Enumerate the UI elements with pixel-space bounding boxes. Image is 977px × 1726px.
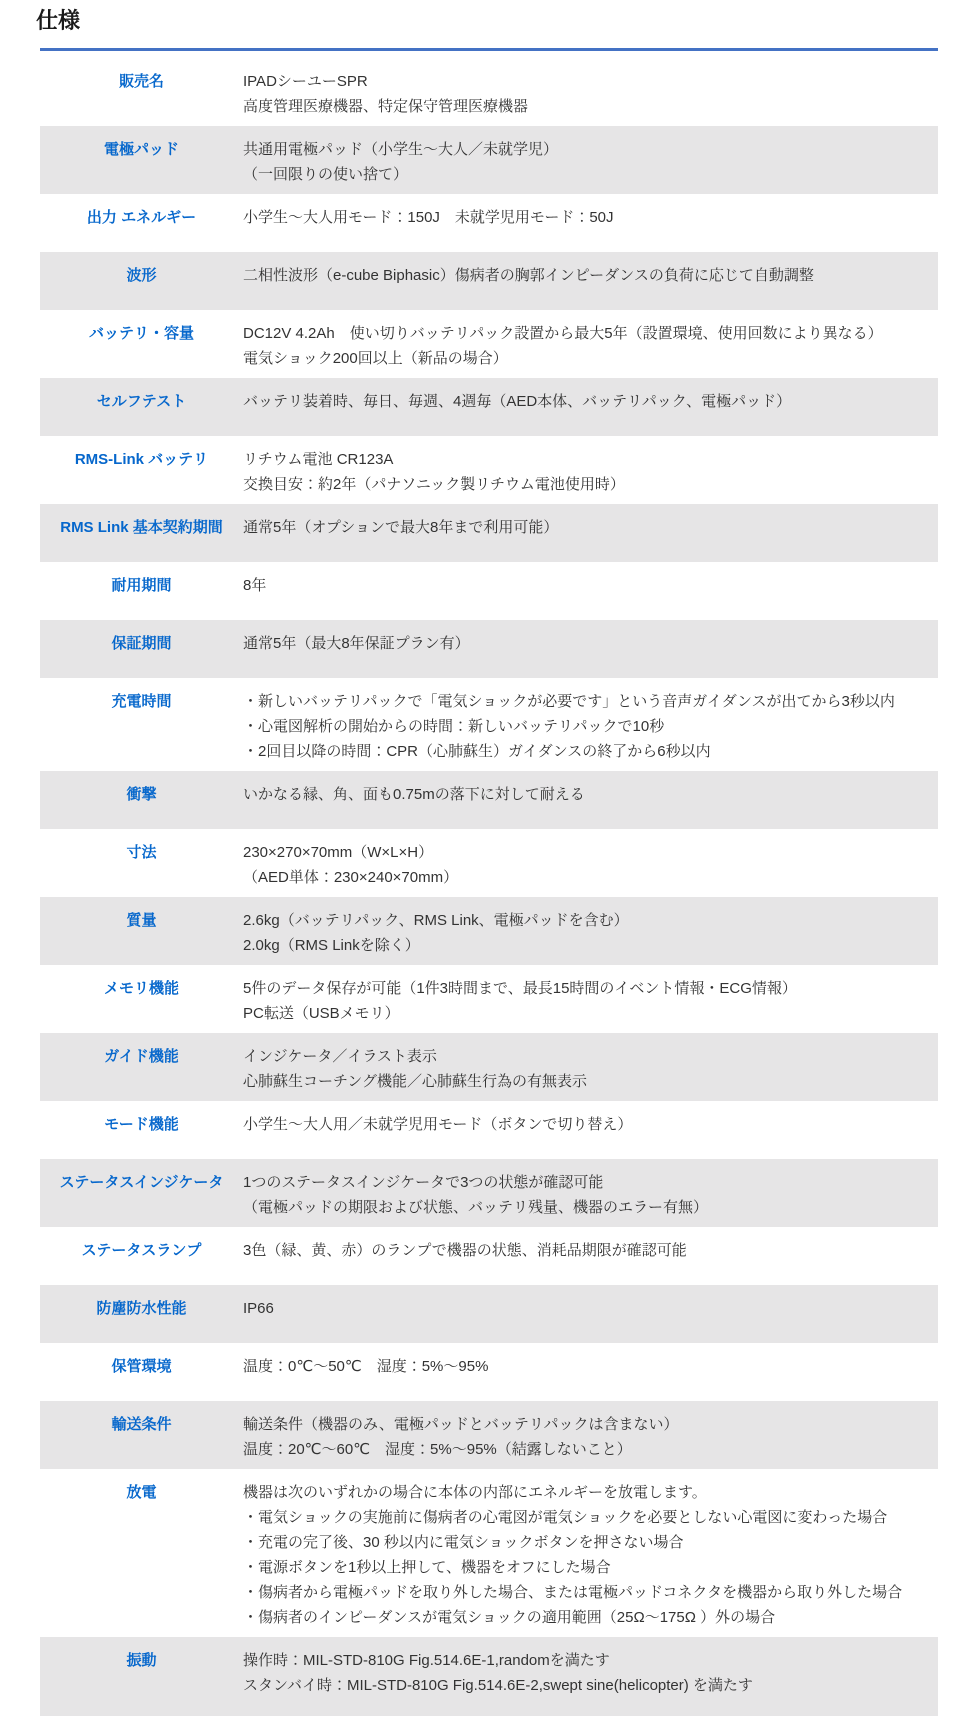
spec-label: 保証期間 <box>40 624 243 656</box>
spec-row: ステータスインジケータ 1つのステータスインジケータで3つの状態が確認可能（電極… <box>40 1159 938 1227</box>
spec-label: 振動 <box>40 1641 243 1673</box>
spec-value: 小学生～大人用モード：150J 未就学児用モード：50J <box>243 198 938 233</box>
spec-value-line: （一回限りの使い捨て） <box>243 162 930 187</box>
spec-value-line: IP66 <box>243 1296 930 1321</box>
spec-row: 保管環境 温度：0℃～50℃ 湿度：5%～95% <box>40 1343 938 1401</box>
spec-value-line: 5件のデータ保存が可能（1件3時間まで、最長15時間のイベント情報・ECG情報） <box>243 976 930 1001</box>
spec-label: ステータスランプ <box>40 1231 243 1263</box>
spec-value-line: バッテリ装着時、毎日、毎週、4週毎（AED本体、バッテリパック、電極パッド） <box>243 389 930 414</box>
spec-label: 輸送条件 <box>40 1405 243 1437</box>
spec-value: ・新しいバッテリパックで「電気ショックが必要です」という音声ガイダンスが出てから… <box>243 682 938 767</box>
spec-value-line: ・心電図解析の開始からの時間：新しいバッテリパックで10秒 <box>243 714 930 739</box>
spec-value-line: 二相性波形（e-cube Biphasic）傷病者の胸郭インピーダンスの負荷に応… <box>243 263 930 288</box>
spec-value-line: いかなる縁、角、面も0.75mの落下に対して耐える <box>243 782 930 807</box>
spec-value: 機器は次のいずれかの場合に本体の内部にエネルギーを放電します。・電気ショックの実… <box>243 1473 938 1633</box>
spec-value: 3色（緑、黄、赤）のランプで機器の状態、消耗品期限が確認可能 <box>243 1231 938 1266</box>
spec-row: 波形 二相性波形（e-cube Biphasic）傷病者の胸郭インピーダンスの負… <box>40 252 938 310</box>
spec-value-line: リチウム電池 CR123A <box>243 447 930 472</box>
spec-value: いかなる縁、角、面も0.75mの落下に対して耐える <box>243 775 938 810</box>
spec-row: 耐用期間 8年 <box>40 562 938 620</box>
spec-label: メモリ機能 <box>40 969 243 1001</box>
spec-label: 保管環境 <box>40 1347 243 1379</box>
spec-label: 充電時間 <box>40 682 243 714</box>
spec-row: メモリ機能 5件のデータ保存が可能（1件3時間まで、最長15時間のイベント情報・… <box>40 965 938 1033</box>
spec-label: RMS-Link バッテリ <box>40 440 243 472</box>
spec-value-line: 心肺蘇生コーチング機能／心肺蘇生行為の有無表示 <box>243 1069 930 1094</box>
spec-value: 輸送条件（機器のみ、電極パッドとバッテリパックは含まない）温度：20℃～60℃ … <box>243 1405 938 1465</box>
spec-value: 通常5年（オプションで最大8年まで利用可能） <box>243 508 938 543</box>
spec-label: 放電 <box>40 1473 243 1505</box>
spec-value: 温度：0℃～50℃ 湿度：5%～95% <box>243 1347 938 1382</box>
spec-label: RMS Link 基本契約期間 <box>40 508 243 540</box>
spec-value-line: 小学生～大人用モード：150J 未就学児用モード：50J <box>243 205 930 230</box>
spec-value-line: 温度：20℃～60℃ 湿度：5%～95%（結露しないこと） <box>243 1437 930 1462</box>
spec-value: インジケータ／イラスト表示心肺蘇生コーチング機能／心肺蘇生行為の有無表示 <box>243 1037 938 1097</box>
spec-value-line: 8年 <box>243 573 930 598</box>
spec-label: 寸法 <box>40 833 243 865</box>
spec-value-line: DC12V 4.2Ah 使い切りバッテリパック設置から最大5年（設置環境、使用回… <box>243 321 930 346</box>
spec-value: 二相性波形（e-cube Biphasic）傷病者の胸郭インピーダンスの負荷に応… <box>243 256 938 291</box>
spec-row: 防塵防水性能 IP66 <box>40 1285 938 1343</box>
spec-row: 振動 操作時：MIL-STD-810G Fig.514.6E-1,randomを… <box>40 1637 938 1716</box>
spec-value-line: ・電源ボタンを1秒以上押して、機器をオフにした場合 <box>243 1555 930 1580</box>
spec-value-line: PC転送（USBメモリ） <box>243 1001 930 1026</box>
spec-label: 防塵防水性能 <box>40 1289 243 1321</box>
spec-label: 出力 エネルギー <box>40 198 243 230</box>
spec-row: 輸送条件 輸送条件（機器のみ、電極パッドとバッテリパックは含まない）温度：20℃… <box>40 1401 938 1469</box>
page-title: 仕様 <box>36 6 938 36</box>
spec-value-line: ・新しいバッテリパックで「電気ショックが必要です」という音声ガイダンスが出てから… <box>243 689 930 714</box>
spec-value: 通常5年（最大8年保証プラン有） <box>243 624 938 659</box>
spec-value-line: （電極パッドの期限および状態、バッテリ残量、機器のエラー有無） <box>243 1195 930 1220</box>
spec-value: DC12V 4.2Ah 使い切りバッテリパック設置から最大5年（設置環境、使用回… <box>243 314 938 374</box>
spec-row: 放電 機器は次のいずれかの場合に本体の内部にエネルギーを放電します。・電気ショッ… <box>40 1469 938 1637</box>
spec-row: 衝撃 いかなる縁、角、面も0.75mの落下に対して耐える <box>40 771 938 829</box>
spec-value: IP66 <box>243 1289 938 1324</box>
spec-row: RMS-Link バッテリ リチウム電池 CR123A交換目安：約2年（パナソニ… <box>40 436 938 504</box>
spec-value-line: ・充電の完了後、30 秒以内に電気ショックボタンを押さない場合 <box>243 1530 930 1555</box>
spec-label: 波形 <box>40 256 243 288</box>
spec-value: 8年 <box>243 566 938 601</box>
spec-label: 販売名 <box>40 62 243 94</box>
spec-value: 2.6kg（バッテリパック、RMS Link、電極パッドを含む）2.0kg（RM… <box>243 901 938 961</box>
spec-row: セルフテスト バッテリ装着時、毎日、毎週、4週毎（AED本体、バッテリパック、電… <box>40 378 938 436</box>
spec-value-line: 操作時：MIL-STD-810G Fig.514.6E-1,randomを満たす <box>243 1648 930 1673</box>
spec-value-line: 機器は次のいずれかの場合に本体の内部にエネルギーを放電します。 <box>243 1480 930 1505</box>
spec-value-line: 2.0kg（RMS Linkを除く） <box>243 933 930 958</box>
spec-label: 耐用期間 <box>40 566 243 598</box>
spec-row: 販売名 IPADシーユーSPR高度管理医療機器、特定保守管理医療機器 <box>40 58 938 126</box>
spec-row: 充電時間 ・新しいバッテリパックで「電気ショックが必要です」という音声ガイダンス… <box>40 678 938 771</box>
spec-value-line: 輸送条件（機器のみ、電極パッドとバッテリパックは含まない） <box>243 1412 930 1437</box>
spec-value-line: 高度管理医療機器、特定保守管理医療機器 <box>243 94 930 119</box>
spec-value-line: 通常5年（オプションで最大8年まで利用可能） <box>243 515 930 540</box>
spec-value-line: 電気ショック200回以上（新品の場合） <box>243 346 930 371</box>
spec-value-line: 温度：0℃～50℃ 湿度：5%～95% <box>243 1354 930 1379</box>
spec-value-line: 小学生～大人用／未就学児用モード（ボタンで切り替え） <box>243 1112 930 1137</box>
spec-page: 仕様 販売名 IPADシーユーSPR高度管理医療機器、特定保守管理医療機器 電極… <box>0 0 977 1726</box>
spec-value: 5件のデータ保存が可能（1件3時間まで、最長15時間のイベント情報・ECG情報）… <box>243 969 938 1029</box>
spec-label: 衝撃 <box>40 775 243 807</box>
spec-label: 電極パッド <box>40 130 243 162</box>
spec-value-line: ・電気ショックの実施前に傷病者の心電図が電気ショックを必要としない心電図に変わっ… <box>243 1505 930 1530</box>
spec-value: 1つのステータスインジケータで3つの状態が確認可能（電極パッドの期限および状態、… <box>243 1163 938 1223</box>
title-divider <box>40 48 938 51</box>
spec-label: モード機能 <box>40 1105 243 1137</box>
spec-value-line: 230×270×70mm（W×L×H） <box>243 840 930 865</box>
spec-value: IPADシーユーSPR高度管理医療機器、特定保守管理医療機器 <box>243 62 938 122</box>
spec-label: 質量 <box>40 901 243 933</box>
spec-label: セルフテスト <box>40 382 243 414</box>
spec-value-line: ・傷病者から電極パッドを取り外した場合、または電極パッドコネクタを機器から取り外… <box>243 1580 930 1605</box>
spec-row: バッテリ・容量 DC12V 4.2Ah 使い切りバッテリパック設置から最大5年（… <box>40 310 938 378</box>
spec-value: バッテリ装着時、毎日、毎週、4週毎（AED本体、バッテリパック、電極パッド） <box>243 382 938 417</box>
spec-row: 出力 エネルギー 小学生～大人用モード：150J 未就学児用モード：50J <box>40 194 938 252</box>
spec-value-line: IPADシーユーSPR <box>243 69 930 94</box>
spec-value-line: 1つのステータスインジケータで3つの状態が確認可能 <box>243 1170 930 1195</box>
spec-row: 質量 2.6kg（バッテリパック、RMS Link、電極パッドを含む）2.0kg… <box>40 897 938 965</box>
spec-value-line: ・2回目以降の時間：CPR（心肺蘇生）ガイダンスの終了から6秒以内 <box>243 739 930 764</box>
spec-value: 230×270×70mm（W×L×H）（AED単体：230×240×70mm） <box>243 833 938 893</box>
spec-value-line: 共通用電極パッド（小学生～大人／未就学児） <box>243 137 930 162</box>
spec-label: バッテリ・容量 <box>40 314 243 346</box>
spec-value-line: 3色（緑、黄、赤）のランプで機器の状態、消耗品期限が確認可能 <box>243 1238 930 1263</box>
spec-value-line: 交換目安：約2年（パナソニック製リチウム電池使用時） <box>243 472 930 497</box>
spec-value: 小学生～大人用／未就学児用モード（ボタンで切り替え） <box>243 1105 938 1140</box>
spec-row: 保証期間 通常5年（最大8年保証プラン有） <box>40 620 938 678</box>
spec-value-line: 2.6kg（バッテリパック、RMS Link、電極パッドを含む） <box>243 908 930 933</box>
spec-label: ガイド機能 <box>40 1037 243 1069</box>
spec-row: ガイド機能 インジケータ／イラスト表示心肺蘇生コーチング機能／心肺蘇生行為の有無… <box>40 1033 938 1101</box>
spec-value-line: 通常5年（最大8年保証プラン有） <box>243 631 930 656</box>
spec-value: 操作時：MIL-STD-810G Fig.514.6E-1,randomを満たす… <box>243 1641 938 1701</box>
spec-label: ステータスインジケータ <box>40 1163 243 1195</box>
spec-value-line: インジケータ／イラスト表示 <box>243 1044 930 1069</box>
spec-row: 寸法 230×270×70mm（W×L×H）（AED単体：230×240×70m… <box>40 829 938 897</box>
spec-value: 共通用電極パッド（小学生～大人／未就学児）（一回限りの使い捨て） <box>243 130 938 190</box>
spec-value-line: ・傷病者のインピーダンスが電気ショックの適用範囲（25Ω～175Ω ）外の場合 <box>243 1605 930 1630</box>
spec-row: 電極パッド 共通用電極パッド（小学生～大人／未就学児）（一回限りの使い捨て） <box>40 126 938 194</box>
spec-table: 販売名 IPADシーユーSPR高度管理医療機器、特定保守管理医療機器 電極パッド… <box>40 58 938 1716</box>
spec-value-line: （AED単体：230×240×70mm） <box>243 865 930 890</box>
spec-row: ステータスランプ 3色（緑、黄、赤）のランプで機器の状態、消耗品期限が確認可能 <box>40 1227 938 1285</box>
spec-value-line: スタンバイ時：MIL-STD-810G Fig.514.6E-2,swept s… <box>243 1673 930 1698</box>
spec-row: RMS Link 基本契約期間 通常5年（オプションで最大8年まで利用可能） <box>40 504 938 562</box>
spec-value: リチウム電池 CR123A交換目安：約2年（パナソニック製リチウム電池使用時） <box>243 440 938 500</box>
spec-row: モード機能 小学生～大人用／未就学児用モード（ボタンで切り替え） <box>40 1101 938 1159</box>
